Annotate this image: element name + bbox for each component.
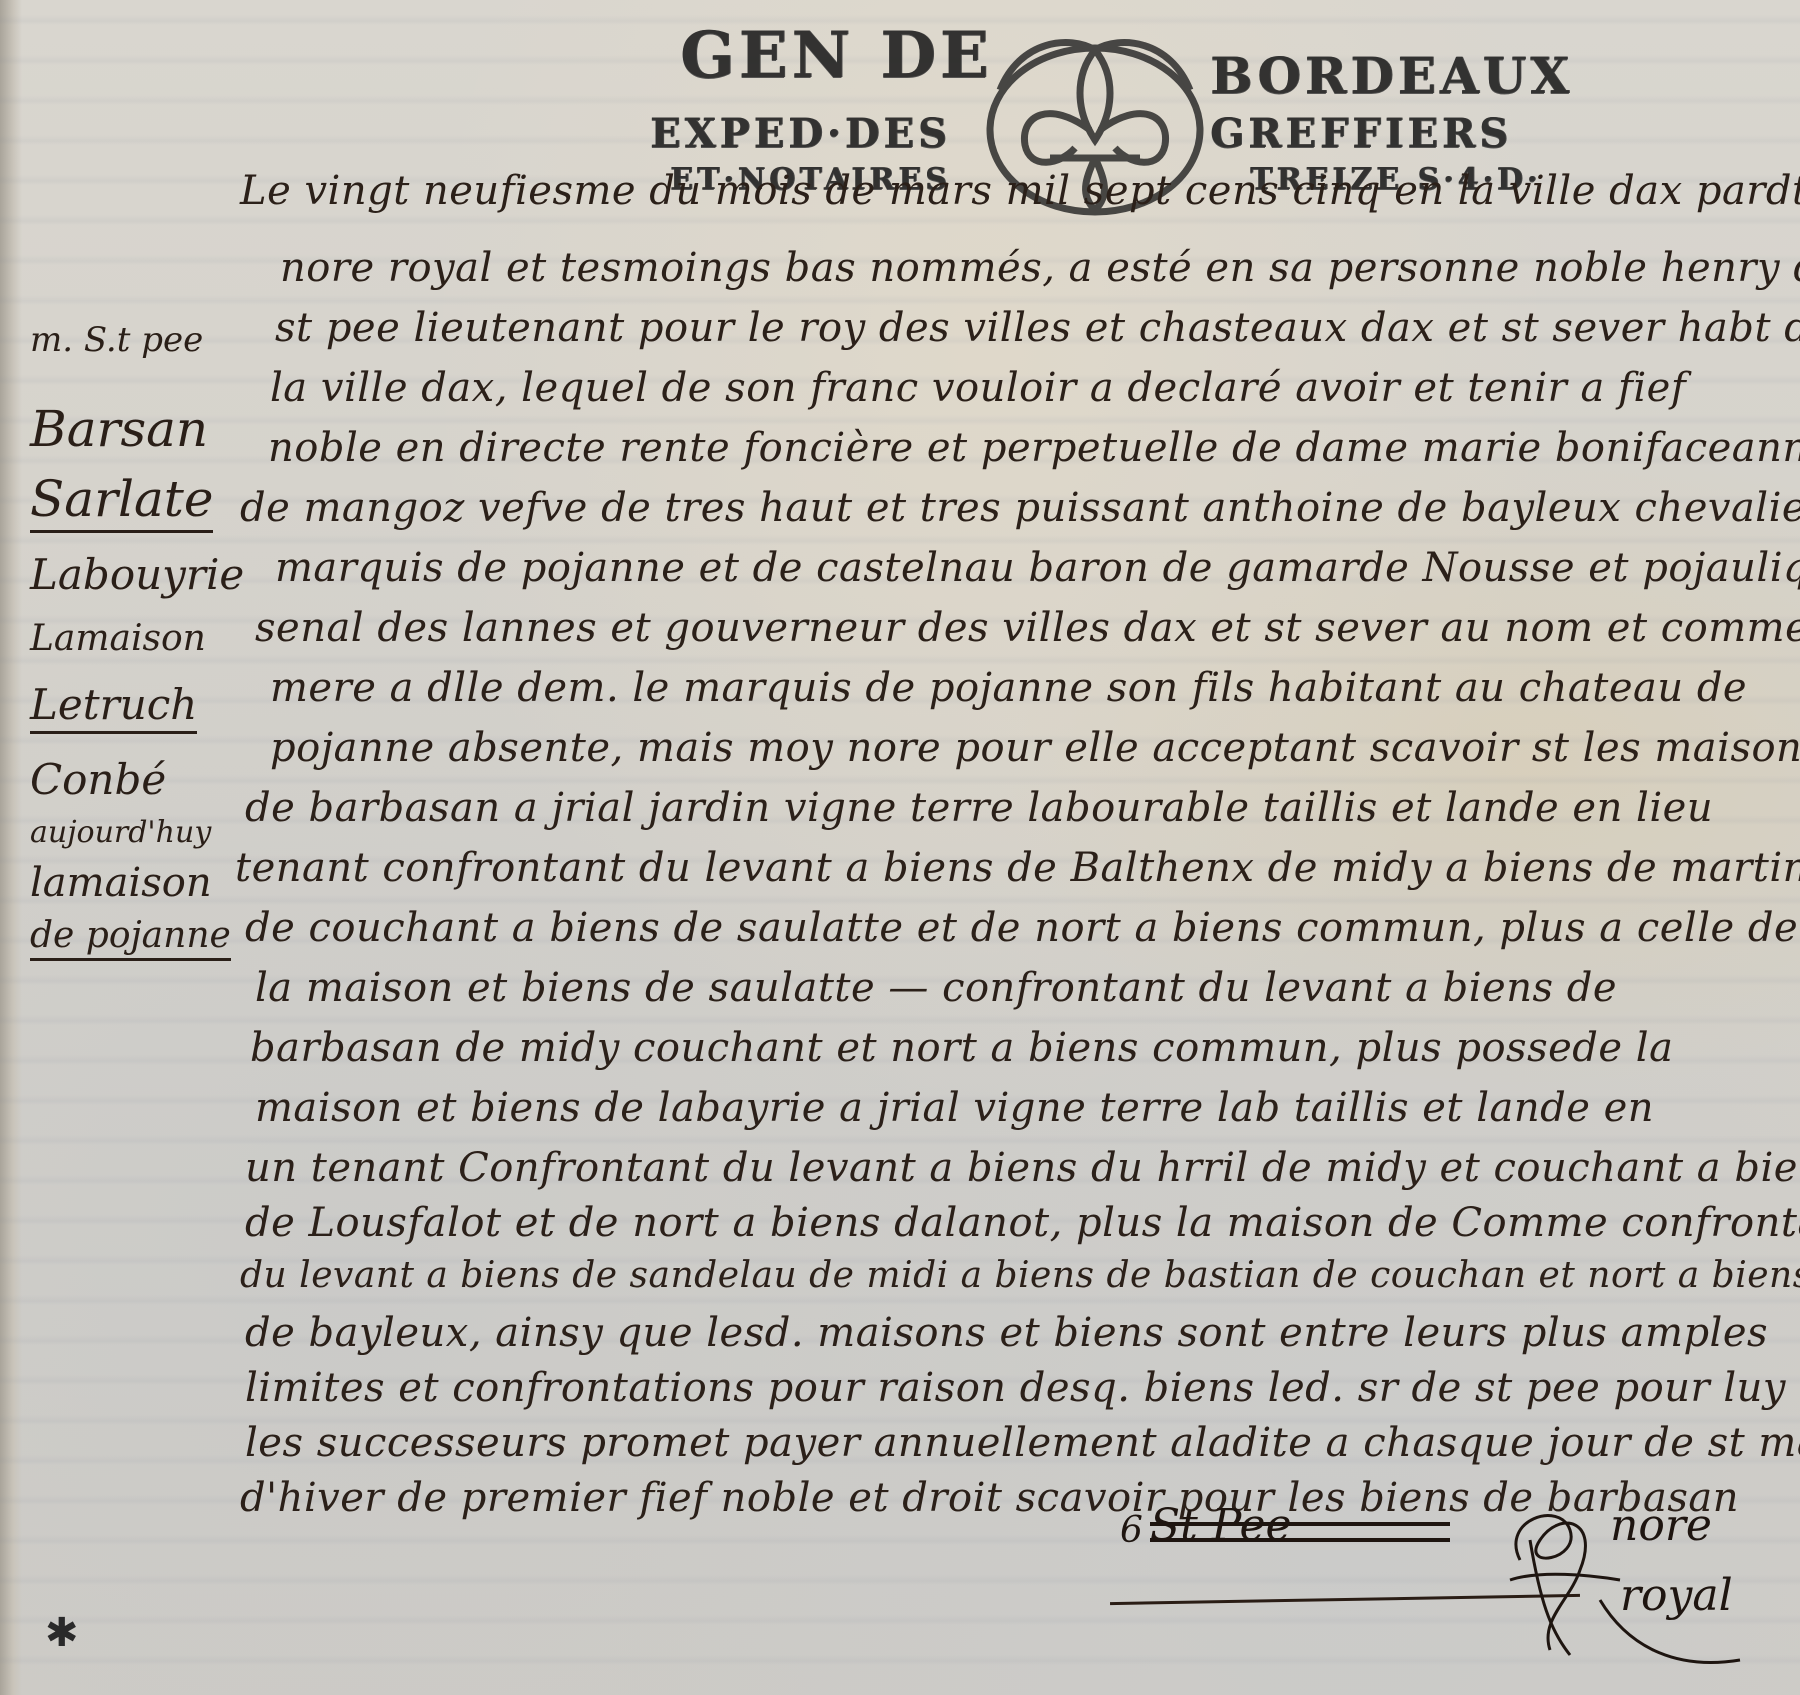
body-line: de couchant a biens de saulatte et de no… [245,905,1798,951]
body-line: Le vingt neufiesme du mois de mars mil s… [240,168,1800,214]
body-line: de barbasan a jrial jardin vigne terre l… [245,785,1713,831]
notary-signature: nore royal [1480,1480,1780,1680]
margin-note: Labouyrie [30,550,244,599]
body-line: limites et confrontations pour raison de… [245,1365,1800,1411]
margin-note: aujourd'huy [30,815,211,850]
stamp-line1-left: GEN DE [680,18,993,93]
body-line: de bayleux, ainsy que lesd. maisons et b… [245,1310,1768,1356]
margin-note: Letruch [30,680,197,734]
signature-mark: 6 [1120,1510,1143,1551]
margin-note: m. S.t pee [30,320,203,360]
page-binding-edge [0,0,22,1695]
body-line: st pee lieutenant pour le roy des villes… [275,305,1800,351]
margin-note: Conbé [30,755,166,804]
strikethrough-line [1150,1522,1450,1526]
document-page: GEN DE BORDEAUX EXPED·DES GREFFIERS ET·N… [0,0,1800,1695]
body-line: pojanne absente, mais moy nore pour elle… [270,725,1800,771]
stamp-line2-left: EXPED·DES [650,110,951,157]
body-line: senal des lannes et gouverneur des ville… [255,605,1800,651]
body-line: du levant a biens de sandelau de midi a … [240,1255,1800,1296]
notary-title: nore [1610,1500,1712,1551]
party-signature: 6 St Pee [1130,1500,1450,1570]
margin-note: Sarlate [30,470,213,533]
body-line: un tenant Confrontant du levant a biens … [245,1145,1800,1191]
body-line: de Lousfalot et de nort a biens dalanot,… [245,1200,1800,1246]
body-line: de mangoz vefve de tres haut et tres pui… [240,485,1800,531]
body-line: tenant confrontant du levant a biens de … [235,845,1800,891]
margin-note: Barsan [30,400,208,458]
body-line: mere a dlle dem. le marquis de pojanne s… [270,665,1747,711]
body-line: marquis de pojanne et de castelnau baron… [275,545,1800,591]
margin-note: lamaison [30,860,212,906]
body-line: la ville dax, lequel de son franc vouloi… [270,365,1686,411]
margin-note: de pojanne [30,915,231,961]
body-line: la maison et biens de saulatte — confron… [255,965,1617,1011]
margin-note: Lamaison [30,618,206,659]
strikethrough-line [1150,1538,1450,1542]
body-line: les successeurs promet payer annuellemen… [245,1420,1800,1466]
body-line: noble en directe rente foncière et perpe… [268,425,1800,471]
stamp-line1-right: BORDEAUX [1210,46,1573,105]
notary-royal: royal [1620,1570,1733,1621]
body-line: nore royal et tesmoings bas nommés, a es… [280,245,1800,291]
body-line: maison et biens de labayrie a jrial vign… [255,1085,1654,1131]
ink-blot-icon: ✱ [45,1610,85,1670]
stamp-line2-right: GREFFIERS [1210,110,1512,157]
body-line: barbasan de midy couchant et nort a bien… [250,1025,1673,1071]
